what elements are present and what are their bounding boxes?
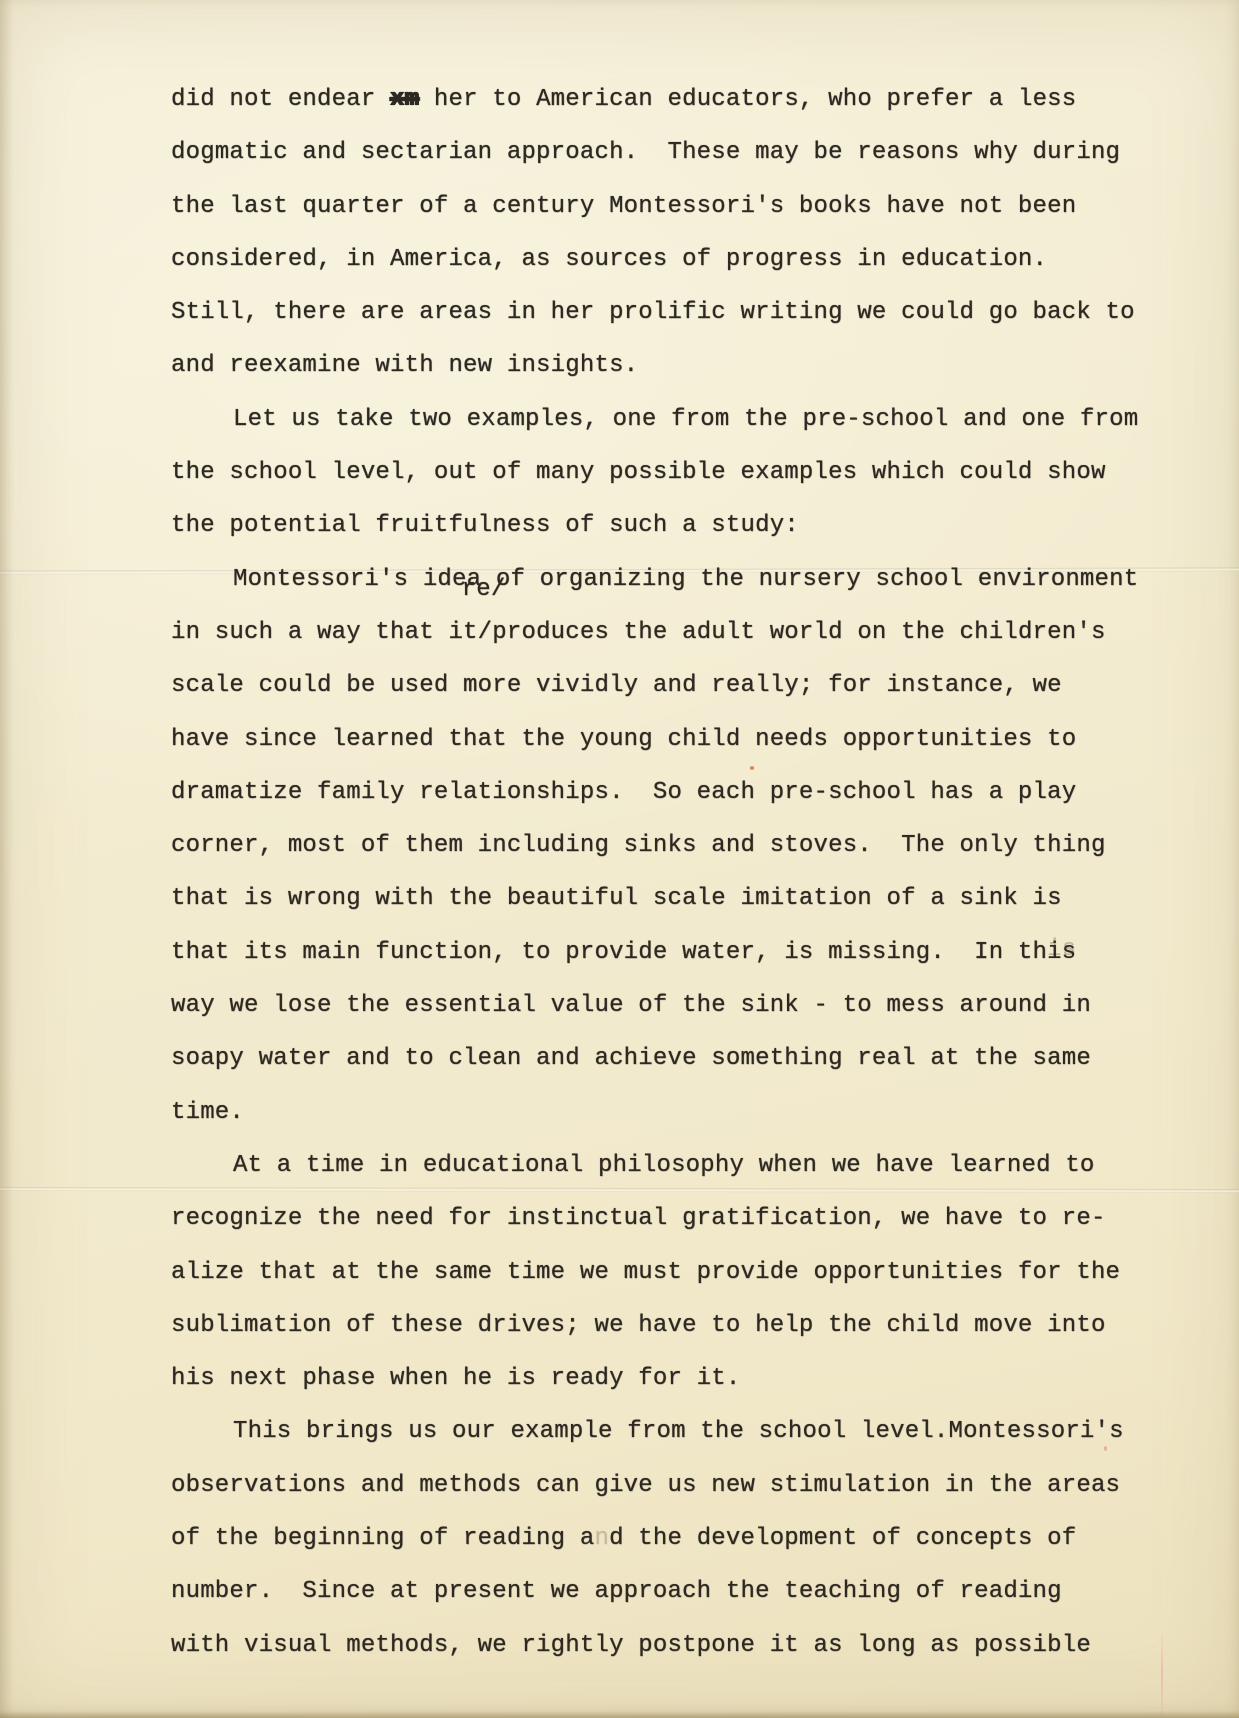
text-segment: did not endear bbox=[171, 86, 390, 113]
text-segment: his next phase when he is ready for it. bbox=[171, 1365, 741, 1392]
text-line: the last quarter of a century Montessori… bbox=[171, 180, 1138, 233]
text-line: the potential fruitfulness of such a stu… bbox=[171, 499, 1138, 552]
inserted-text-above-line: re/ bbox=[462, 578, 506, 602]
text-segment: At a time in educational philosophy when… bbox=[233, 1152, 1095, 1179]
paper-edge-shading bbox=[0, 0, 14, 1718]
text-line: did not endear xm her to American educat… bbox=[171, 73, 1138, 126]
text-segment: observations and methods can give us new… bbox=[171, 1472, 1120, 1499]
text-segment: sublimation of these drives; we have to … bbox=[171, 1312, 1106, 1339]
text-segment: her to American educators, who prefer a … bbox=[419, 86, 1076, 113]
text-segment: corner, most of them including sinks and… bbox=[171, 832, 1106, 859]
text-line: Montessori's idea of organizing the nurs… bbox=[171, 553, 1138, 606]
text-segment: dramatize family relationships. So each … bbox=[171, 779, 1076, 806]
text-line: that its main function, to provide water… bbox=[171, 926, 1138, 979]
text-segment: This brings us our example from the scho… bbox=[233, 1418, 1124, 1445]
text-line: number. Since at present we approach the… bbox=[171, 1565, 1138, 1618]
struck-out-text: xm bbox=[390, 86, 419, 113]
text-segment: the last quarter of a century Montessori… bbox=[171, 193, 1076, 220]
text-line: have since learned that the young child … bbox=[171, 713, 1138, 766]
text-line: corner, most of them including sinks and… bbox=[171, 819, 1138, 872]
insertion-caret: re// bbox=[478, 606, 493, 659]
text-line: time. bbox=[171, 1086, 1138, 1139]
text-line: soapy water and to clean and achieve som… bbox=[171, 1032, 1138, 1085]
text-line: observations and methods can give us new… bbox=[171, 1459, 1138, 1512]
text-line: Still, there are areas in her prolific w… bbox=[171, 286, 1138, 339]
text-segment: is bbox=[1047, 939, 1076, 966]
page-bottom-edge bbox=[0, 1711, 1239, 1718]
text-segment: Montessori's idea of organizing the nurs… bbox=[233, 566, 1138, 593]
text-line: At a time in educational philosophy when… bbox=[171, 1139, 1138, 1192]
text-segment: have since learned that the young child … bbox=[171, 726, 1076, 753]
text-segment: alize that at the same time we must prov… bbox=[171, 1259, 1120, 1286]
text-segment: Still, there are areas in her prolific w… bbox=[171, 299, 1135, 326]
text-segment: way we lose the essential value of the s… bbox=[171, 992, 1091, 1019]
text-line: Let us take two examples, one from the p… bbox=[171, 393, 1138, 446]
text-line: way we lose the essential value of the s… bbox=[171, 979, 1138, 1032]
text-segment: dogmatic and sectarian approach. These m… bbox=[171, 139, 1120, 166]
text-line: of the beginning of reading and the deve… bbox=[171, 1512, 1138, 1565]
text-line: recognize the need for instinctual grati… bbox=[171, 1192, 1138, 1245]
text-segment: the school level, out of many possible e… bbox=[171, 459, 1106, 486]
text-line: and reexamine with new insights. bbox=[171, 339, 1138, 392]
text-segment: number. Since at present we approach the… bbox=[171, 1578, 1062, 1605]
text-line: dramatize family relationships. So each … bbox=[171, 766, 1138, 819]
text-segment: d the development of concepts of bbox=[609, 1525, 1076, 1552]
text-line: his next phase when he is ready for it. bbox=[171, 1352, 1138, 1405]
text-line: scale could be used more vividly and rea… bbox=[171, 659, 1138, 712]
text-line: the school level, out of many possible e… bbox=[171, 446, 1138, 499]
text-segment: time. bbox=[171, 1099, 244, 1126]
text-line: with visual methods, we rightly postpone… bbox=[171, 1619, 1138, 1672]
text-segment: produces the adult world on the children… bbox=[492, 619, 1105, 646]
text-line: considered, in America, as sources of pr… bbox=[171, 233, 1138, 286]
text-segment: that is wrong with the beautiful scale i… bbox=[171, 885, 1062, 912]
document-page: did not endear xm her to American educat… bbox=[0, 0, 1239, 1718]
text-segment: of the beginning of reading a bbox=[171, 1525, 594, 1552]
text-segment: in such a way that it bbox=[171, 619, 478, 646]
typewritten-text: did not endear xm her to American educat… bbox=[171, 73, 1138, 1672]
text-segment: soapy water and to clean and achieve som… bbox=[171, 1045, 1091, 1072]
text-line: sublimation of these drives; we have to … bbox=[171, 1299, 1138, 1352]
text-segment: considered, in America, as sources of pr… bbox=[171, 246, 1047, 273]
text-line: in such a way that itre//produces the ad… bbox=[171, 606, 1138, 659]
text-line: that is wrong with the beautiful scale i… bbox=[171, 872, 1138, 925]
text-segment: and reexamine with new insights. bbox=[171, 352, 638, 379]
text-segment: with visual methods, we rightly postpone… bbox=[171, 1632, 1091, 1659]
paper-pink-mark bbox=[1161, 1628, 1163, 1716]
text-segment: recognize the need for instinctual grati… bbox=[171, 1205, 1106, 1232]
text-segment: scale could be used more vividly and rea… bbox=[171, 672, 1062, 699]
text-segment: the potential fruitfulness of such a stu… bbox=[171, 512, 799, 539]
text-line: dogmatic and sectarian approach. These m… bbox=[171, 126, 1138, 179]
text-line: alize that at the same time we must prov… bbox=[171, 1246, 1138, 1299]
text-segment: Let us take two examples, one from the p… bbox=[233, 406, 1138, 433]
text-line: This brings us our example from the scho… bbox=[171, 1405, 1138, 1458]
text-segment: n bbox=[594, 1525, 609, 1552]
text-segment: that its main function, to provide water… bbox=[171, 939, 1047, 966]
